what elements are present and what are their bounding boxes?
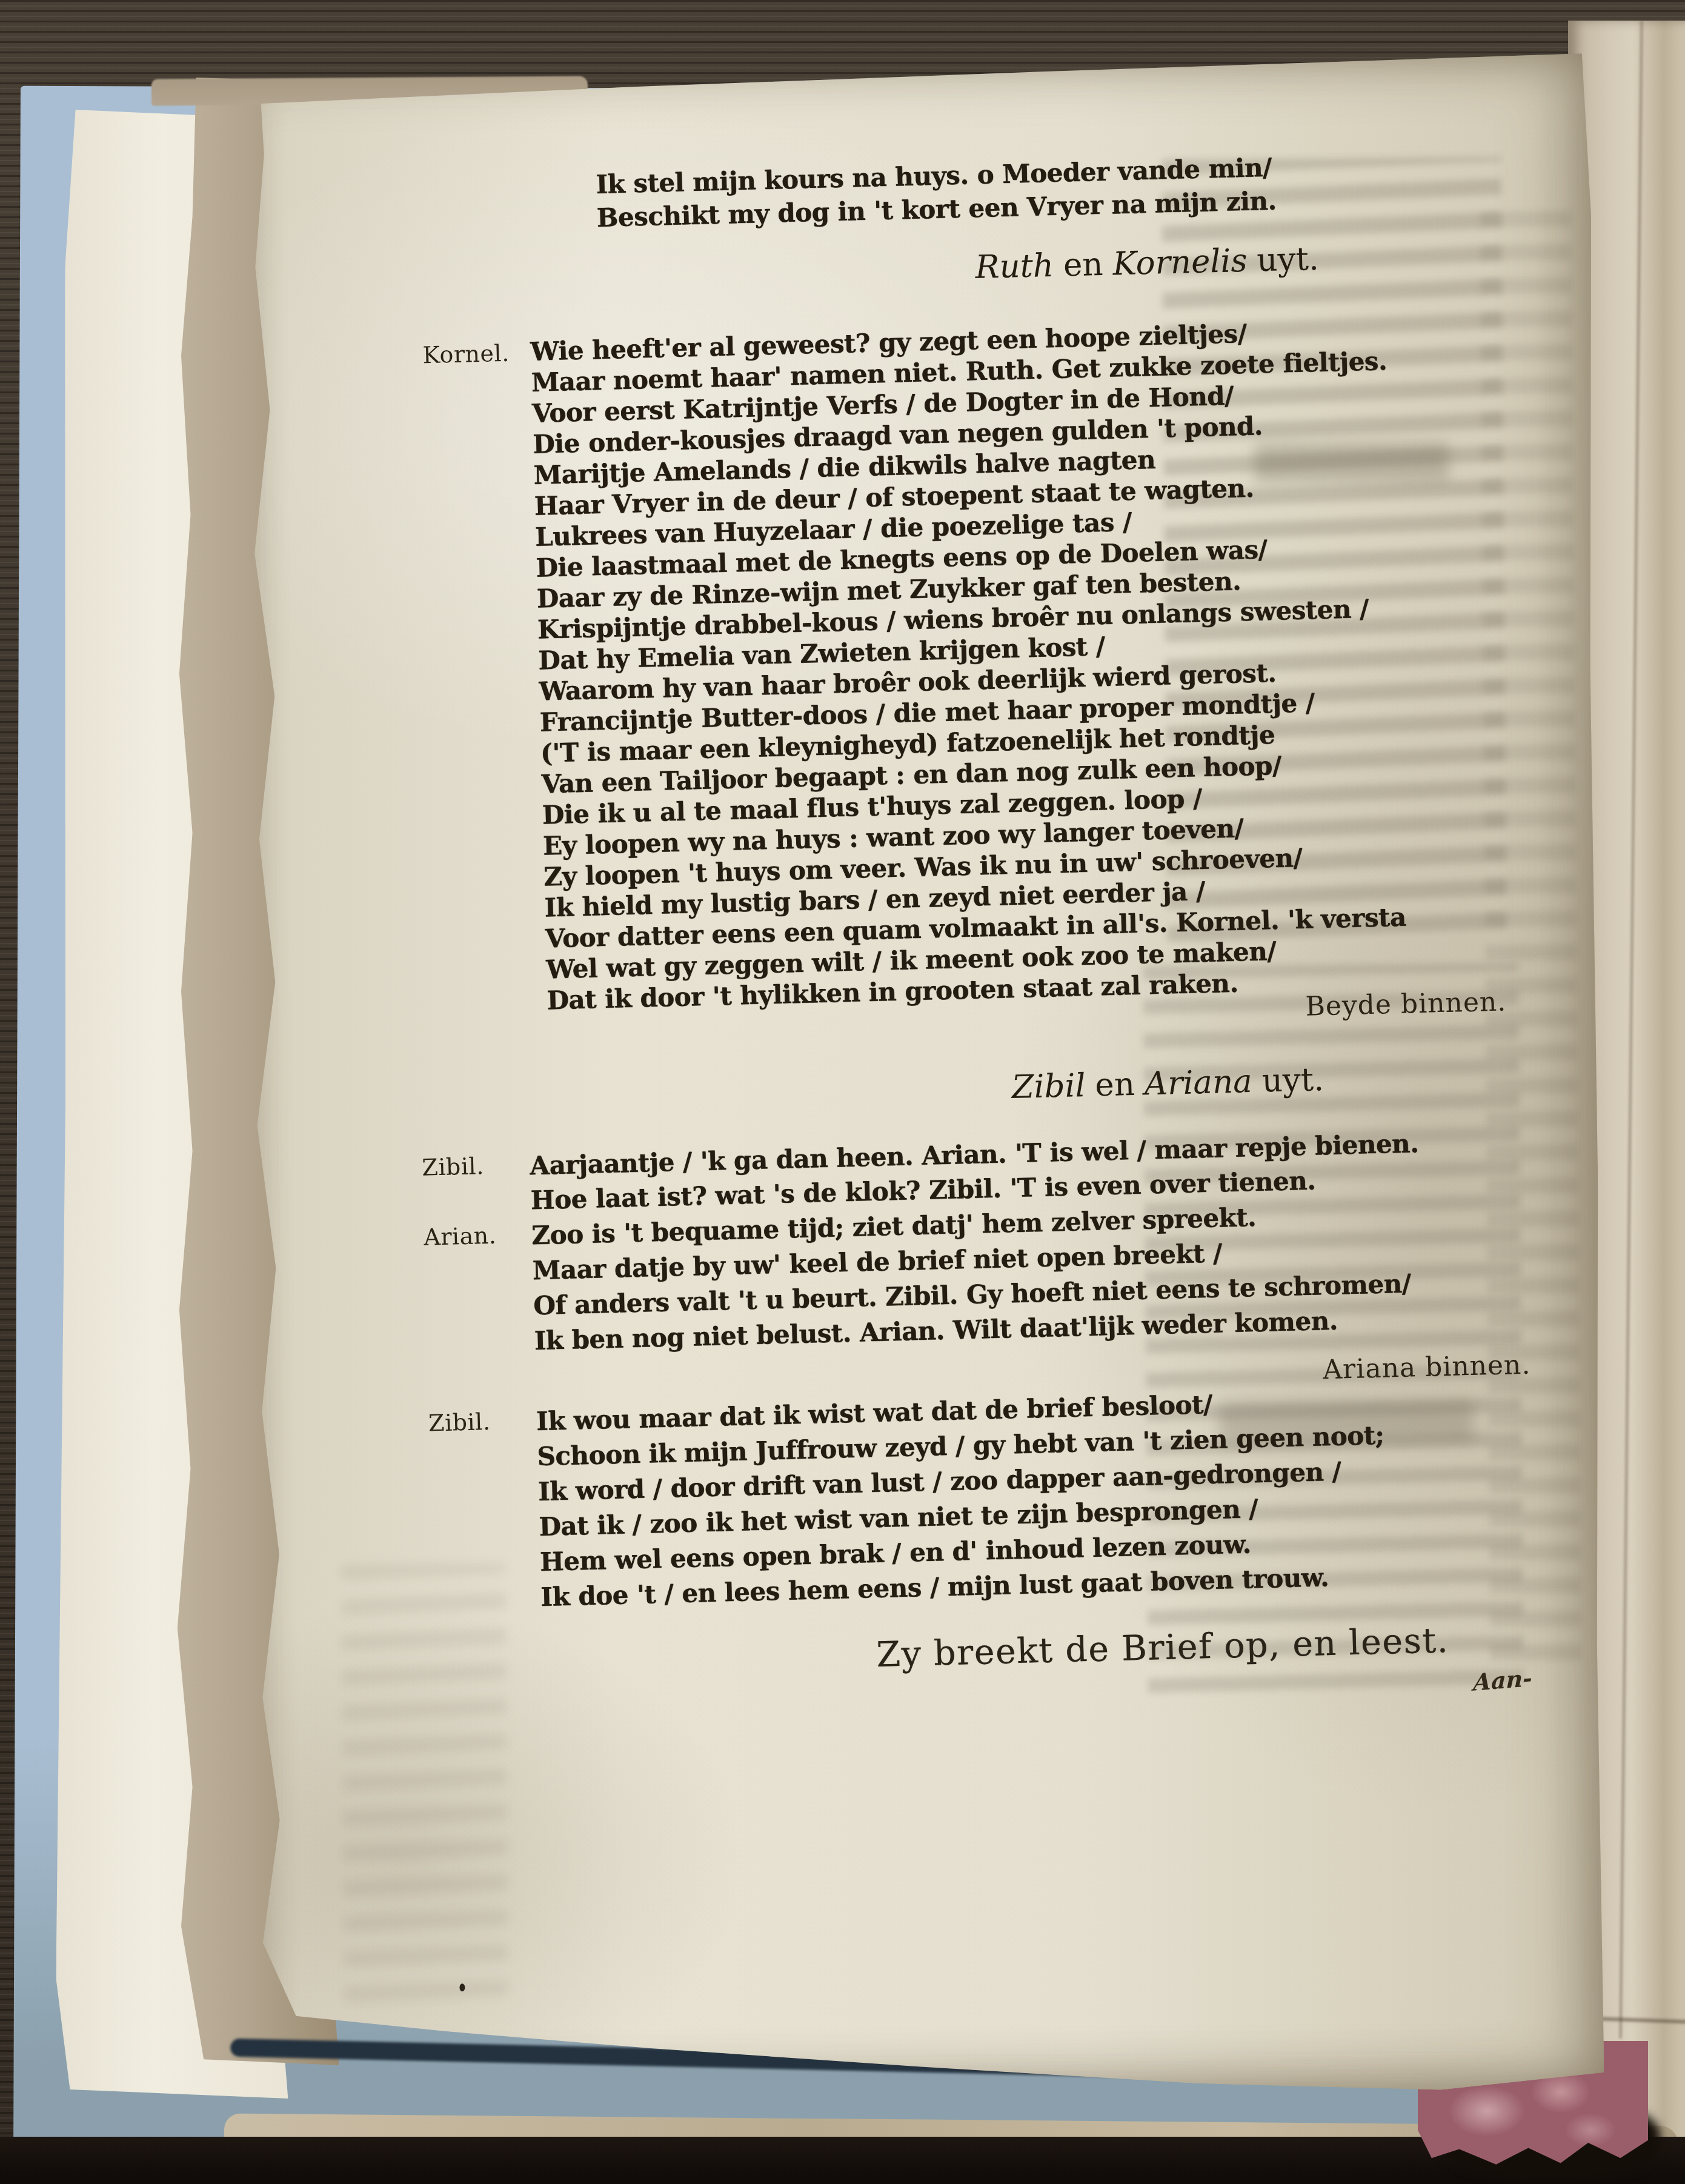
speaker-label-zibil: Zibil. bbox=[422, 1153, 484, 1181]
speech-lines: Ik wou maar dat ik wist wat dat de brief… bbox=[536, 1378, 1569, 1615]
heading-character-name: Zibil bbox=[1011, 1067, 1086, 1106]
heading-conjunction: en bbox=[1063, 246, 1103, 284]
speech-zibil-2: Zibil. Ik wou maar dat ik wist wat dat d… bbox=[536, 1378, 1569, 1615]
speech-lines: Zoo is 't bequame tijd; ziet datj' hem z… bbox=[531, 1192, 1563, 1359]
stage-direction-beyde-binnen: Beyde binnen. bbox=[1305, 986, 1507, 1022]
opening-couplet: Ik stel mijn kours na huys. o Moeder van… bbox=[596, 144, 1535, 235]
printed-text-layer: Ik stel mijn kours na huys. o Moeder van… bbox=[211, 41, 1625, 2119]
heading-character-name: Ariana bbox=[1144, 1063, 1252, 1102]
heading-exit-word: uyt. bbox=[1257, 241, 1320, 279]
couplet-lines: Ik stel mijn kours na huys. o Moeder van… bbox=[596, 144, 1535, 235]
speaker-label-arian: Arian. bbox=[424, 1222, 497, 1251]
scene-heading-ruth-kornelis: RuthenKornelisuyt. bbox=[762, 235, 1543, 291]
heading-character-name: Kornelis bbox=[1112, 242, 1248, 283]
book-page: Ik stel mijn kours na huys. o Moeder van… bbox=[228, 53, 1604, 2106]
speech-arian: Arian. Zoo is 't bequame tijd; ziet datj… bbox=[531, 1192, 1563, 1359]
heading-conjunction: en bbox=[1095, 1066, 1135, 1104]
speaker-label-zibil: Zibil. bbox=[428, 1408, 491, 1437]
heading-character-name: Ruth bbox=[975, 247, 1054, 286]
scene-heading-zibil-ariana: ZibilenArianauyt. bbox=[782, 1055, 1563, 1112]
photo-of-book-page: { "colors": { "wood": "#483f35", "wood_d… bbox=[0, 0, 1685, 2184]
heading-exit-word: uyt. bbox=[1261, 1061, 1324, 1100]
speech-kornelis: Kornel. Wie heeft'er al geweest? gy zegt… bbox=[530, 311, 1555, 1016]
speaker-label-kornel: Kornel. bbox=[422, 340, 510, 369]
stage-direction-opens-letter: Zy breekt de Brief op, en leest. bbox=[772, 1618, 1553, 1678]
catchword: Aan- bbox=[1473, 1664, 1532, 1696]
speech-lines: Wie heeft'er al geweest? gy zegt een hoo… bbox=[530, 311, 1555, 1016]
